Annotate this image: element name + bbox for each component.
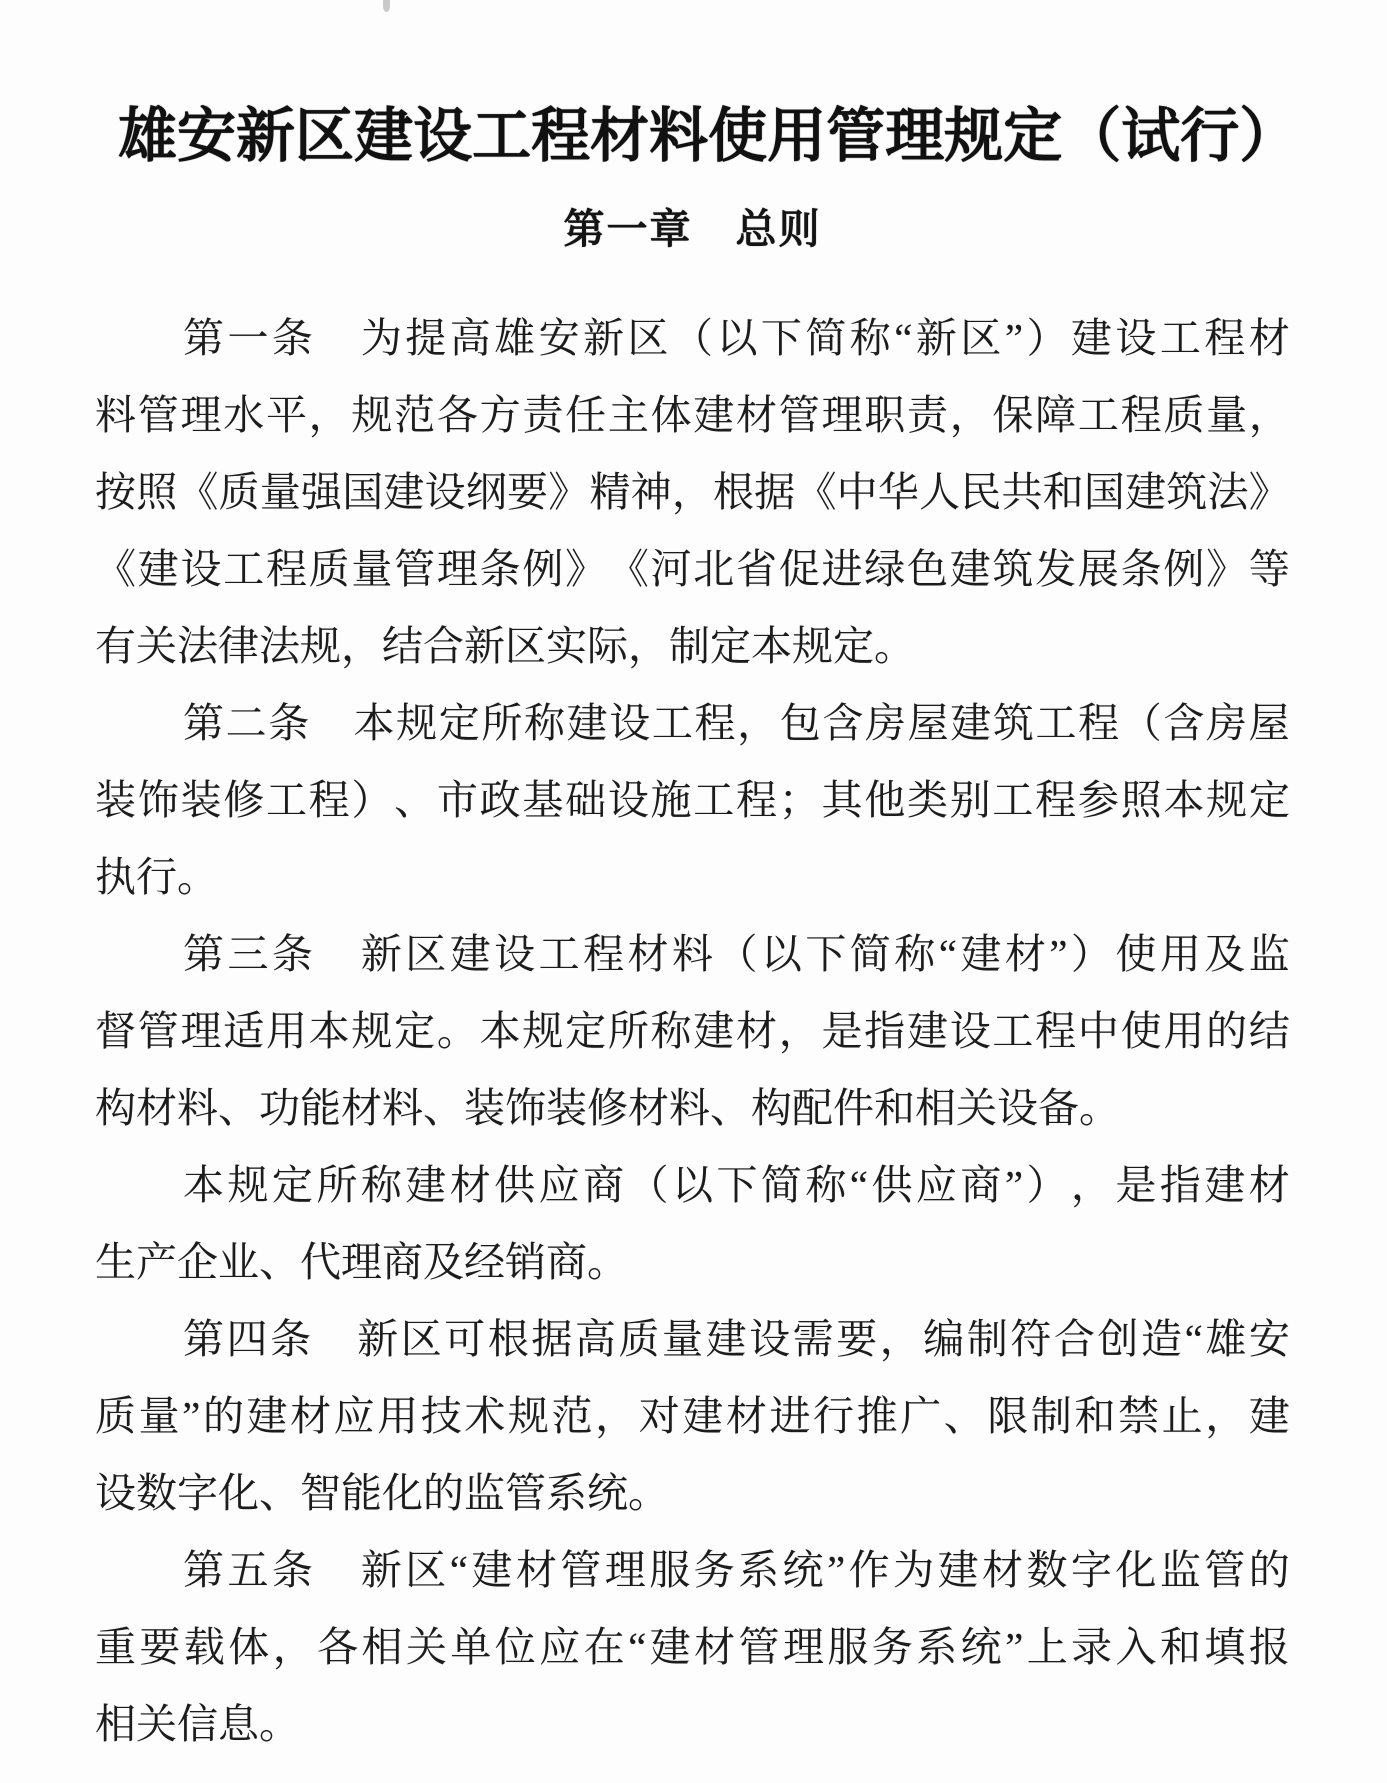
text-line: 督管理适用本规定。本规定所称建材，是指建设工程中使用的结 [95, 993, 1290, 1070]
text-line: 质量”的建材应用技术规范，对建材进行推广、限制和禁止，建 [95, 1378, 1290, 1455]
text-line: 构材料、功能材料、装饰装修材料、构配件和相关设备。 [95, 1070, 1290, 1147]
text-line: 第四条 新区可根据高质量建设需要，编制符合创造“雄安 [95, 1301, 1290, 1378]
text-line: 第二条 本规定所称建设工程，包含房屋建筑工程（含房屋 [95, 685, 1290, 762]
text-line: 装饰装修工程）、市政基础设施工程；其他类别工程参照本规定 [95, 762, 1290, 839]
text-line: 执行。 [95, 839, 1290, 916]
text-line: 生产企业、代理商及经销商。 [95, 1224, 1290, 1301]
text-line: 有关法律法规，结合新区实际，制定本规定。 [95, 608, 1290, 685]
text-line: 《建设工程质量管理条例》《河北省促进绿色建筑发展条例》等 [95, 531, 1290, 608]
text-line: 设数字化、智能化的监管系统。 [95, 1455, 1290, 1532]
text-line: 料管理水平，规范各方责任主体建材管理职责，保障工程质量， [95, 377, 1290, 454]
scan-speck [383, 0, 390, 12]
text-line: 本规定所称建材供应商（以下简称“供应商”），是指建材 [95, 1147, 1290, 1224]
document-title: 雄安新区建设工程材料使用管理规定（试行） [118, 90, 1268, 182]
text-line: 相关信息。 [95, 1686, 1290, 1763]
text-line: 第三条 新区建设工程材料（以下简称“建材”）使用及监 [95, 916, 1290, 993]
text-line: 按照《质量强国建设纲要》精神，根据《中华人民共和国建筑法》 [95, 454, 1290, 531]
document-body: 第一条 为提高雄安新区（以下简称“新区”）建设工程材料管理水平，规范各方责任主体… [95, 300, 1290, 1763]
text-line: 重要载体，各相关单位应在“建材管理服务系统”上录入和填报 [95, 1609, 1290, 1686]
text-line: 第一条 为提高雄安新区（以下简称“新区”）建设工程材 [95, 300, 1290, 377]
chapter-heading: 第一章 总则 [95, 203, 1290, 255]
text-line: 第五条 新区“建材管理服务系统”作为建材数字化监管的 [95, 1532, 1290, 1609]
document-page: 雄安新区建设工程材料使用管理规定（试行） 第一章 总则 第一条 为提高雄安新区（… [0, 0, 1387, 1783]
